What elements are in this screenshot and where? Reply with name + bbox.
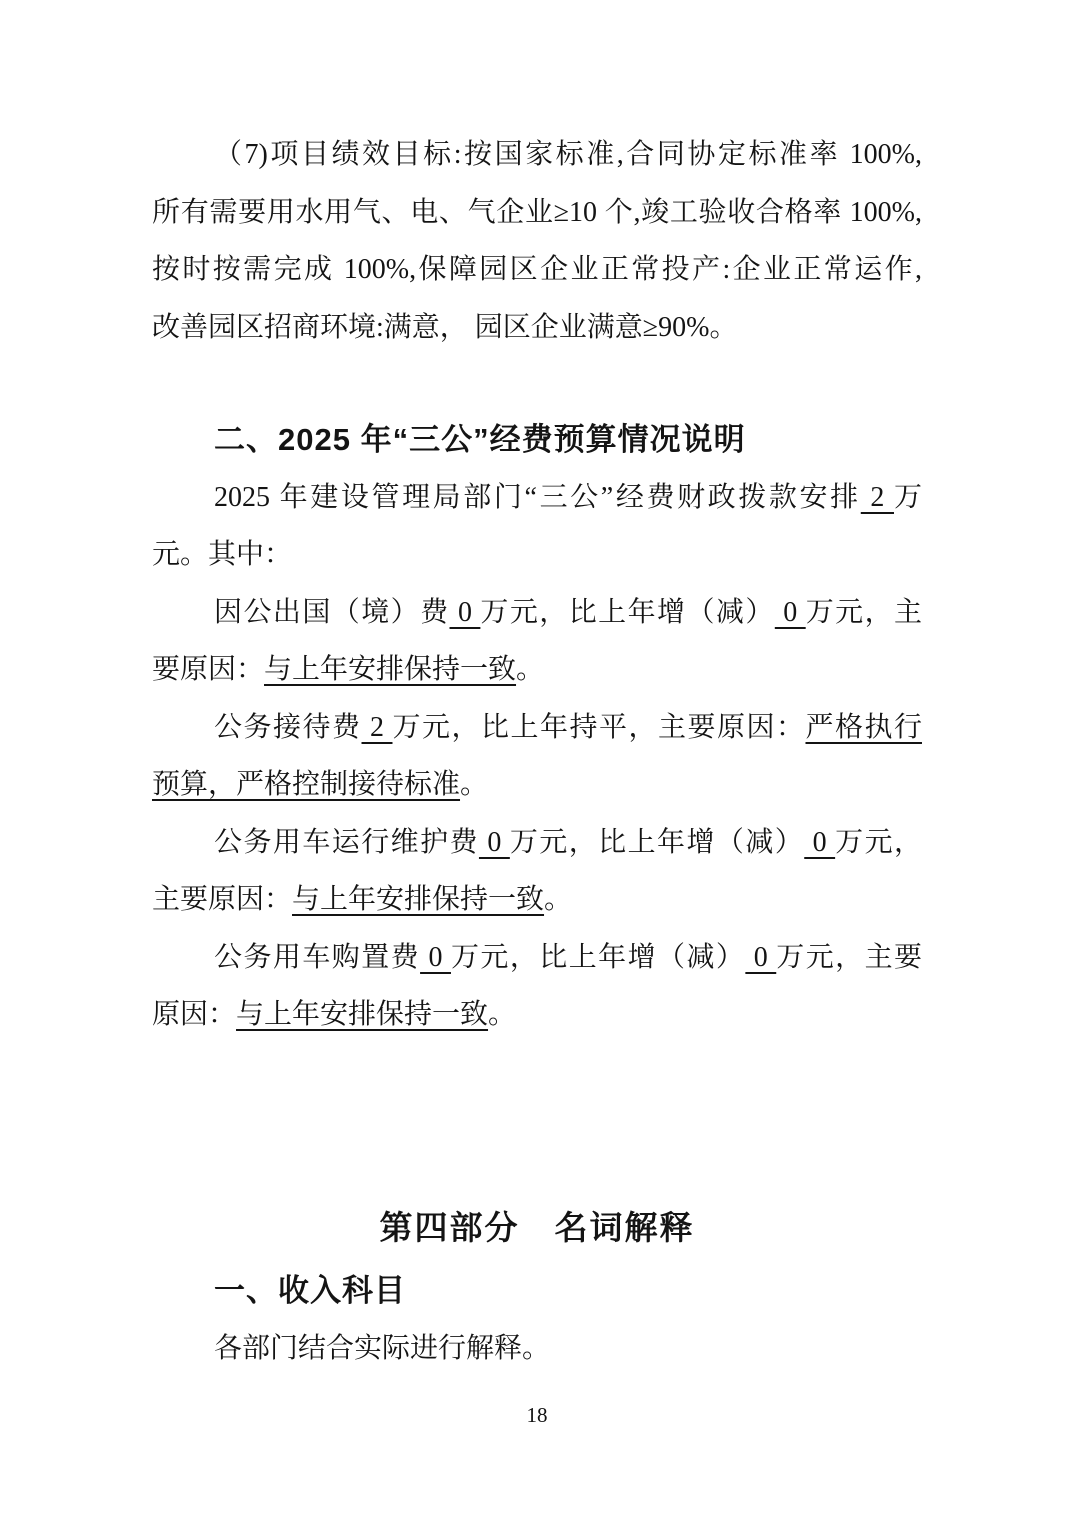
text-run: 万元，比上年增（减）	[451, 942, 745, 973]
text-run: 因公出国（境）费	[214, 597, 450, 628]
text-run: 万元，	[835, 827, 922, 858]
sangong-budget-section: 二、2025 年“三公”经费预算情况说明2025 年建设管理局部门“三公”经费财…	[152, 411, 922, 1044]
text-run: 2025 年建设管理局部门“三公”经费财政拨款安排	[214, 482, 861, 513]
document-body: （7)项目绩效目标:按国家标准,合同协定标准率 100%,所有需要用水用气、电、…	[152, 126, 922, 1377]
text-run: 各部门结合实际进行解释。	[214, 1333, 550, 1364]
project-performance-paragraph: （7)项目绩效目标:按国家标准,合同协定标准率 100%,所有需要用水用气、电、…	[152, 126, 922, 356]
text-line: 各部门结合实际进行解释。	[152, 1320, 922, 1378]
text-run: 公务用车购置费	[214, 942, 420, 973]
text-run: 万	[894, 482, 922, 513]
text-line: 第四部分 名词解释	[152, 1199, 922, 1257]
text-line: 改善园区招商环境:满意， 园区企业满意≥90%。	[152, 299, 922, 357]
underlined-text-run: 2	[861, 482, 894, 513]
text-run: 。	[544, 884, 572, 915]
text-run: 万元，比上年增（减）	[480, 597, 774, 628]
document-page: （7)项目绩效目标:按国家标准,合同协定标准率 100%,所有需要用水用气、电、…	[0, 0, 1074, 1520]
text-run: 万元，主	[806, 597, 922, 628]
text-run: 万元，主要	[776, 942, 922, 973]
underlined-text-run: 严格执行	[805, 712, 922, 743]
text-run: 按时按需完成 100%,保障园区企业正常投产:企业正常运作,	[152, 254, 922, 285]
underlined-text-run: 与上年安排保持一致	[264, 654, 516, 685]
text-line: 原因：与上年安排保持一致。	[152, 986, 922, 1044]
underlined-text-run: 0	[775, 597, 806, 628]
underlined-text-run: 0	[745, 942, 776, 973]
text-run: 二、2025 年“三公”经费预算情况说明	[214, 422, 746, 457]
text-line: （7)项目绩效目标:按国家标准,合同协定标准率 100%,	[152, 126, 922, 184]
text-run: 第四部分 名词解释	[380, 1209, 695, 1246]
underlined-text-run: 2	[362, 712, 393, 743]
text-run: 。	[488, 999, 516, 1030]
underlined-text-run: 0	[420, 942, 451, 973]
text-run: （7)项目绩效目标:按国家标准,合同协定标准率 100%,	[214, 139, 922, 170]
text-line: 按时按需完成 100%,保障园区企业正常投产:企业正常运作,	[152, 241, 922, 299]
text-run: 万元，比上年增（减）	[510, 827, 804, 858]
text-run: 主要原因：	[152, 884, 292, 915]
text-line: 公务接待费 2 万元，比上年持平，主要原因：严格执行	[152, 699, 922, 757]
text-line: 元。其中：	[152, 526, 922, 584]
text-line: 因公出国（境）费 0 万元，比上年增（减） 0 万元，主	[152, 584, 922, 642]
text-line: 一、收入科目	[152, 1262, 922, 1320]
underlined-text-run: 0	[450, 597, 481, 628]
text-line: 所有需要用水用气、电、气企业≥10 个,竣工验收合格率 100%,	[152, 184, 922, 242]
text-run: 要原因：	[152, 654, 264, 685]
text-line: 预算，严格控制接待标准。	[152, 756, 922, 814]
text-run: 公务接待费	[214, 712, 362, 743]
text-run: 。	[516, 654, 544, 685]
text-run: 一、收入科目	[214, 1273, 406, 1308]
text-run: 。	[460, 769, 488, 800]
page-number: 18	[0, 1400, 1074, 1430]
text-run: 万元，比上年持平，主要原因：	[393, 712, 806, 743]
text-run: 改善园区招商环境:满意， 园区企业满意≥90%。	[152, 312, 737, 343]
underlined-text-run: 预算，严格控制接待标准	[152, 769, 460, 800]
text-line: 主要原因：与上年安排保持一致。	[152, 871, 922, 929]
underlined-text-run: 与上年安排保持一致	[292, 884, 544, 915]
underlined-text-run: 与上年安排保持一致	[236, 999, 488, 1030]
text-run: 原因：	[152, 999, 236, 1030]
text-line: 公务用车运行维护费 0 万元，比上年增（减） 0 万元，	[152, 814, 922, 872]
text-run: 所有需要用水用气、电、气企业≥10 个,竣工验收合格率 100%,	[152, 197, 922, 228]
underlined-text-run: 0	[804, 827, 835, 858]
text-run: 公务用车运行维护费	[214, 827, 479, 858]
text-run: 元。其中：	[152, 539, 292, 570]
underlined-text-run: 0	[479, 827, 510, 858]
text-line: 2025 年建设管理局部门“三公”经费财政拨款安排 2 万	[152, 469, 922, 527]
text-line: 二、2025 年“三公”经费预算情况说明	[152, 411, 922, 469]
text-line: 公务用车购置费 0 万元，比上年增（减） 0 万元，主要	[152, 929, 922, 987]
text-line: 要原因：与上年安排保持一致。	[152, 641, 922, 699]
part4-glossary-section: 第四部分 名词解释一、收入科目各部门结合实际进行解释。	[152, 1199, 922, 1378]
